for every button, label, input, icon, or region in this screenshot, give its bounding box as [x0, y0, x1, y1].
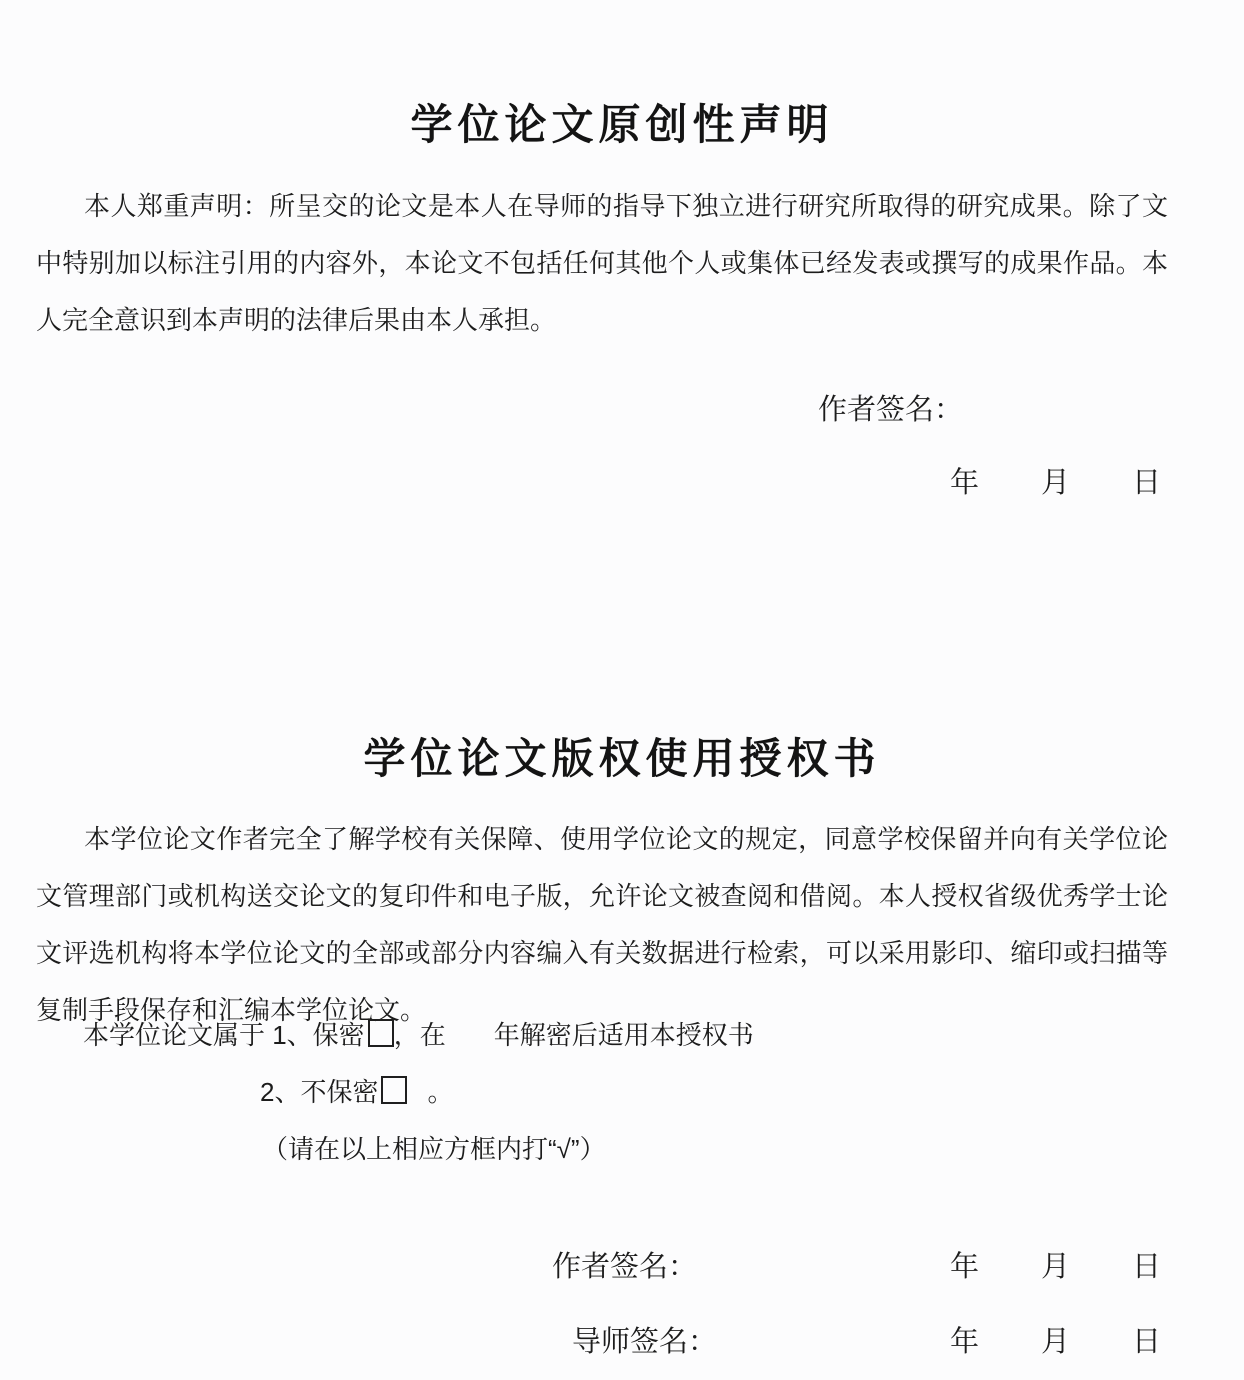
supervisor-date-row: 年 月 日 [950, 1325, 1161, 1359]
non-secret-checkbox[interactable] [381, 1076, 407, 1104]
month-label: 月 [1041, 1325, 1070, 1359]
year-label: 年 [950, 1250, 979, 1284]
confidential-option-suffix: 年解密后适用本授权书 [494, 1020, 754, 1050]
confidential-option-mid: ，在 [394, 1020, 446, 1050]
day-label: 日 [1132, 1325, 1161, 1359]
copyright-authorization-body: 本学位论文作者完全了解学校有关保障、使用学位论文的规定，同意学校保留并向有关学位… [36, 811, 1168, 1039]
author-date-row: 年 月 日 [950, 1250, 1161, 1284]
originality-declaration-title: 学位论文原创性声明 [0, 102, 1244, 148]
supervisor-signature-label: 导师签名： [572, 1325, 717, 1359]
day-label: 日 [1132, 466, 1161, 500]
day-label: 日 [1132, 1250, 1161, 1284]
month-label: 月 [1041, 1250, 1070, 1284]
declaration-date-row: 年 月 日 [950, 466, 1161, 500]
copyright-authorization-title: 学位论文版权使用授权书 [0, 736, 1244, 782]
year-label: 年 [950, 466, 979, 500]
author-signature-label: 作者签名： [818, 393, 963, 427]
originality-declaration-body: 本人郑重声明：所呈交的论文是本人在导师的指导下独立进行研究所取得的研究成果。除了… [36, 178, 1168, 349]
non-confidential-option-prefix: 2、不保密 [260, 1077, 378, 1107]
confidential-option-prefix: 本学位论文属于 1、保密 [83, 1020, 365, 1050]
author-signature-label: 作者签名： [552, 1250, 697, 1284]
month-label: 月 [1041, 466, 1070, 500]
secret-checkbox[interactable] [368, 1019, 394, 1047]
non-confidential-option-suffix: 。 [427, 1077, 453, 1107]
confidential-option-line: 本学位论文属于 1、保密，在年解密后适用本授权书 [83, 1019, 754, 1051]
year-label: 年 [950, 1325, 979, 1359]
thesis-declaration-page: 学位论文原创性声明 本人郑重声明：所呈交的论文是本人在导师的指导下独立进行研究所… [0, 0, 1244, 1380]
checkbox-instruction-note: （请在以上相应方框内打“√”） [262, 1133, 606, 1165]
non-confidential-option-line: 2、不保密。 [260, 1076, 453, 1108]
